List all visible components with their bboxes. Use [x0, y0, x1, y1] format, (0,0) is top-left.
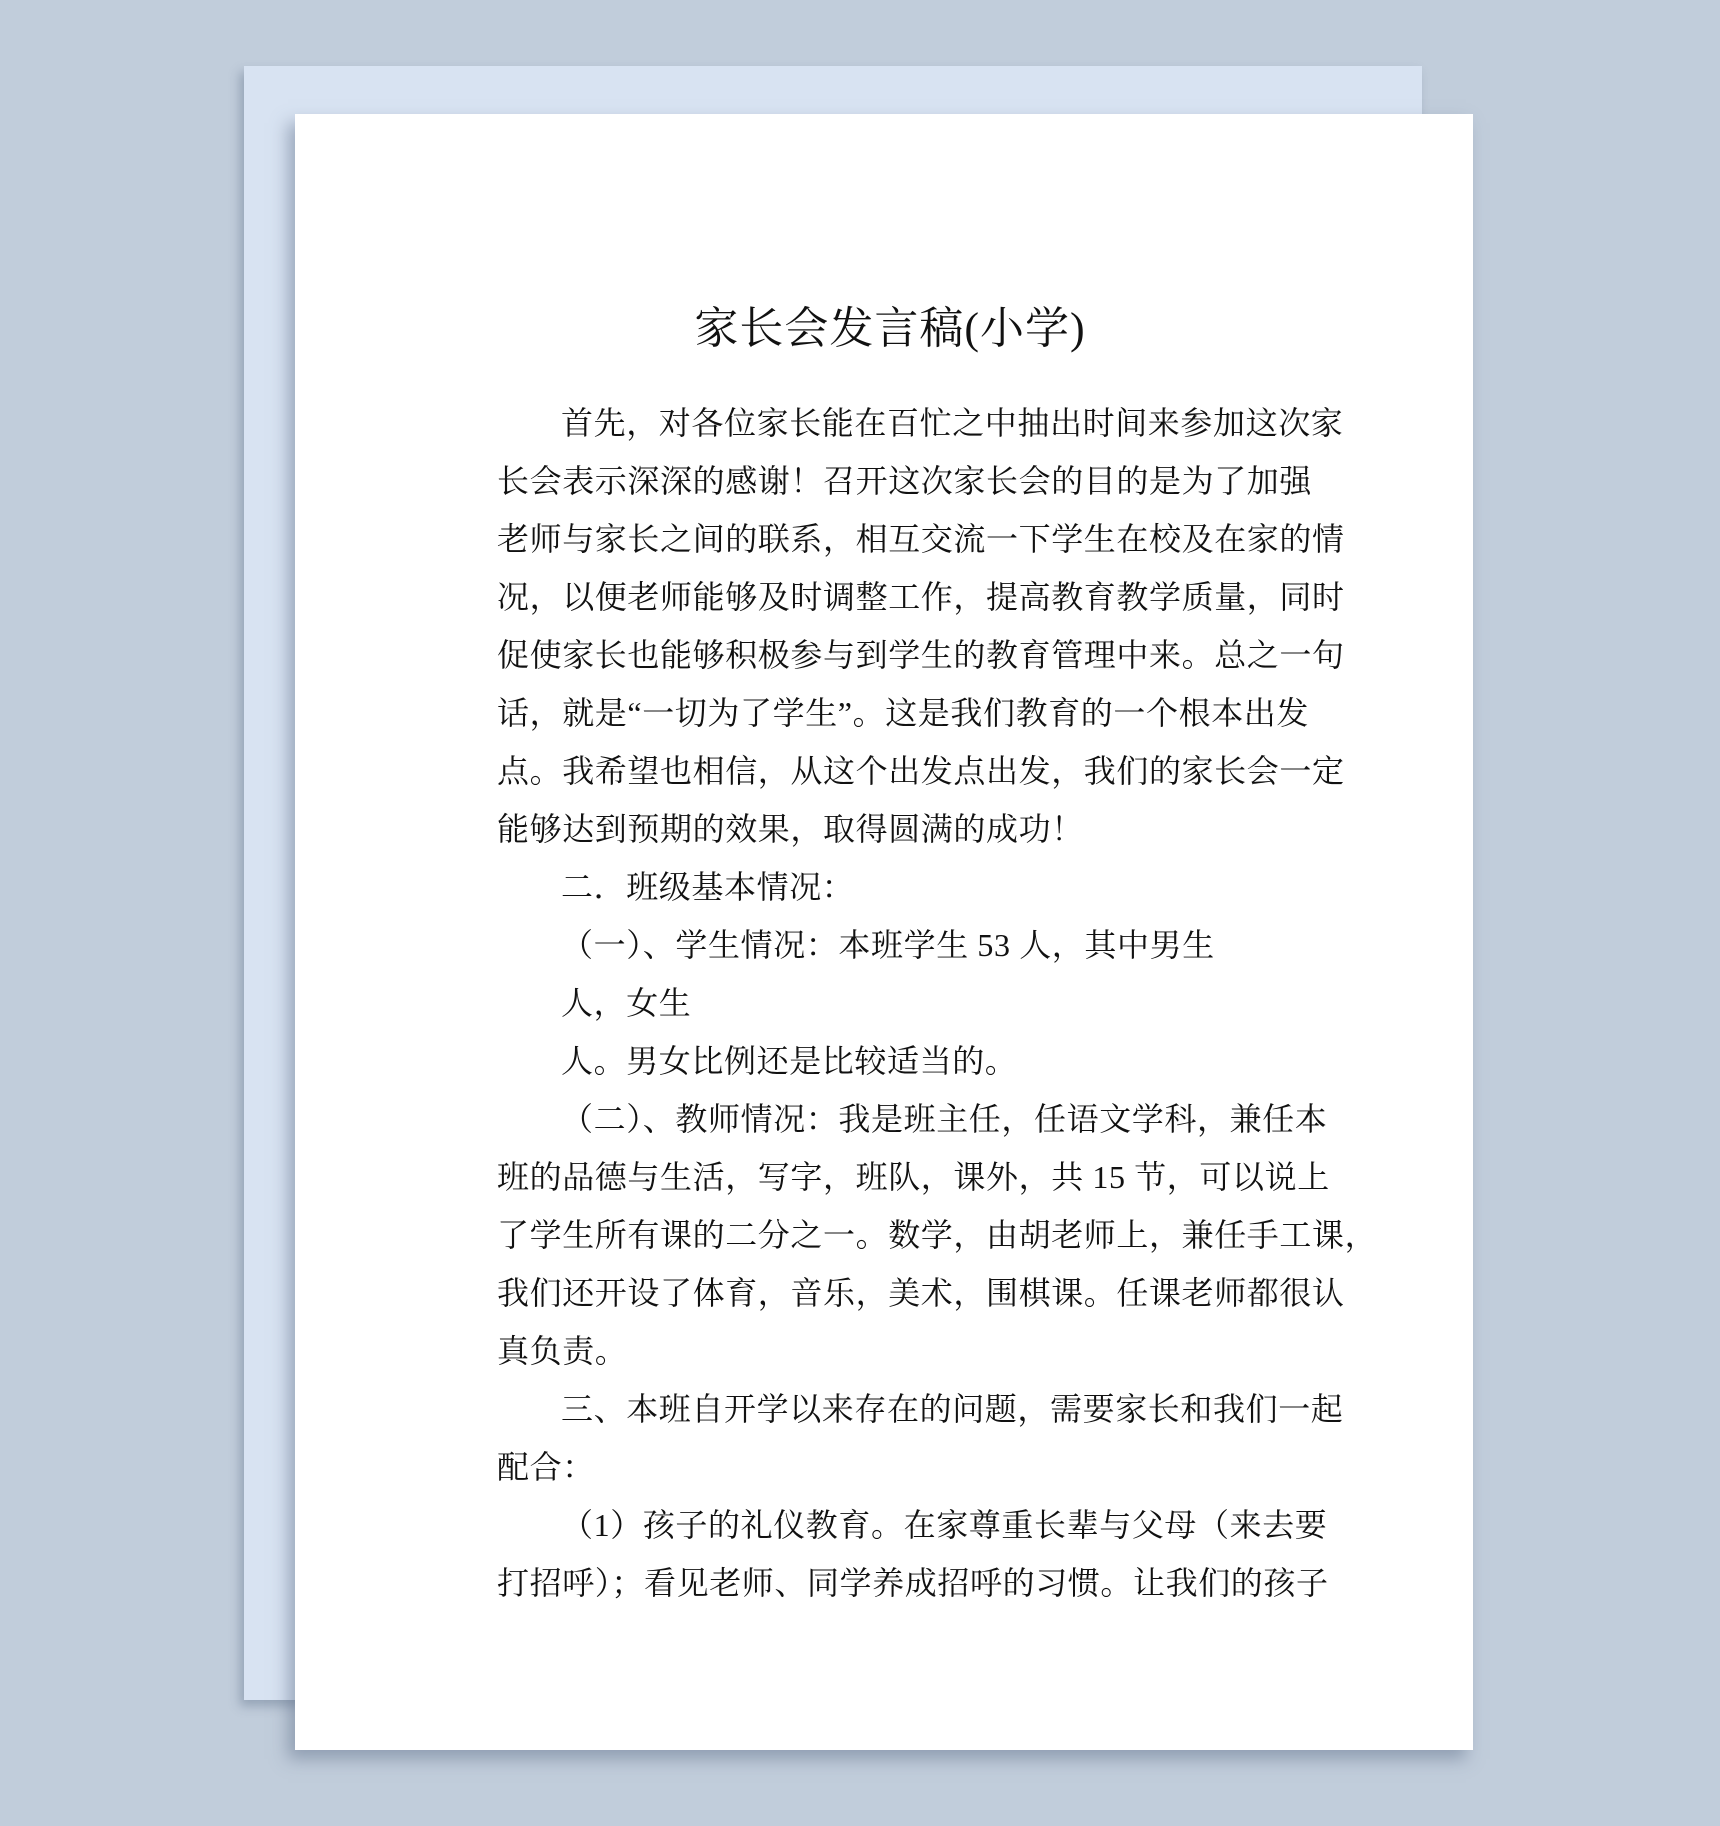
text-line: 人。男女比例还是比较适当的。	[497, 1032, 1283, 1090]
text-line: （1）孩子的礼仪教育。在家尊重长辈与父母（来去要	[497, 1496, 1283, 1554]
text-line: 况，以便老师能够及时调整工作，提高教育教学质量，同时	[497, 568, 1283, 626]
text-line: 真负责。	[497, 1322, 1283, 1380]
text-line: 促使家长也能够积极参与到学生的教育管理中来。总之一句	[497, 626, 1283, 684]
text-line: 配合：	[497, 1438, 1283, 1496]
document-preview-canvas: 家长会发言稿(小学) 首先，对各位家长能在百忙之中抽出时间来参加这次家 长会表示…	[0, 0, 1720, 1826]
text-line: 老师与家长之间的联系，相互交流一下学生在校及在家的情	[497, 510, 1283, 568]
text-line: （一）、学生情况：本班学生 53 人，其中男生	[497, 916, 1283, 974]
document-page: 家长会发言稿(小学) 首先，对各位家长能在百忙之中抽出时间来参加这次家 长会表示…	[295, 114, 1473, 1750]
text-line: （二）、教师情况：我是班主任，任语文学科，兼任本	[497, 1090, 1283, 1148]
text-line: 话，就是“一切为了学生”。这是我们教育的一个根本出发	[497, 684, 1283, 742]
text-line: 三、本班自开学以来存在的问题，需要家长和我们一起	[497, 1380, 1283, 1438]
text-line: 班的品德与生活，写字，班队，课外，共 15 节，可以说上	[497, 1148, 1283, 1206]
text-line: 点。我希望也相信，从这个出发点出发，我们的家长会一定	[497, 742, 1283, 800]
text-line: 打招呼）；看见老师、同学养成招呼的习惯。让我们的孩子	[497, 1554, 1283, 1612]
text-line: 长会表示深深的感谢！召开这次家长会的目的是为了加强	[497, 452, 1283, 510]
document-title: 家长会发言稿(小学)	[497, 303, 1283, 355]
text-line: 人，女生	[497, 974, 1283, 1032]
text-line: 二．班级基本情况：	[497, 858, 1283, 916]
document-body: 首先，对各位家长能在百忙之中抽出时间来参加这次家 长会表示深深的感谢！召开这次家…	[497, 394, 1283, 1612]
text-line: 我们还开设了体育，音乐，美术，围棋课。任课老师都很认	[497, 1264, 1283, 1322]
text-line: 了学生所有课的二分之一。数学，由胡老师上，兼任手工课，	[497, 1206, 1283, 1264]
text-line: 首先，对各位家长能在百忙之中抽出时间来参加这次家	[497, 394, 1283, 452]
text-line: 能够达到预期的效果，取得圆满的成功！	[497, 800, 1283, 858]
